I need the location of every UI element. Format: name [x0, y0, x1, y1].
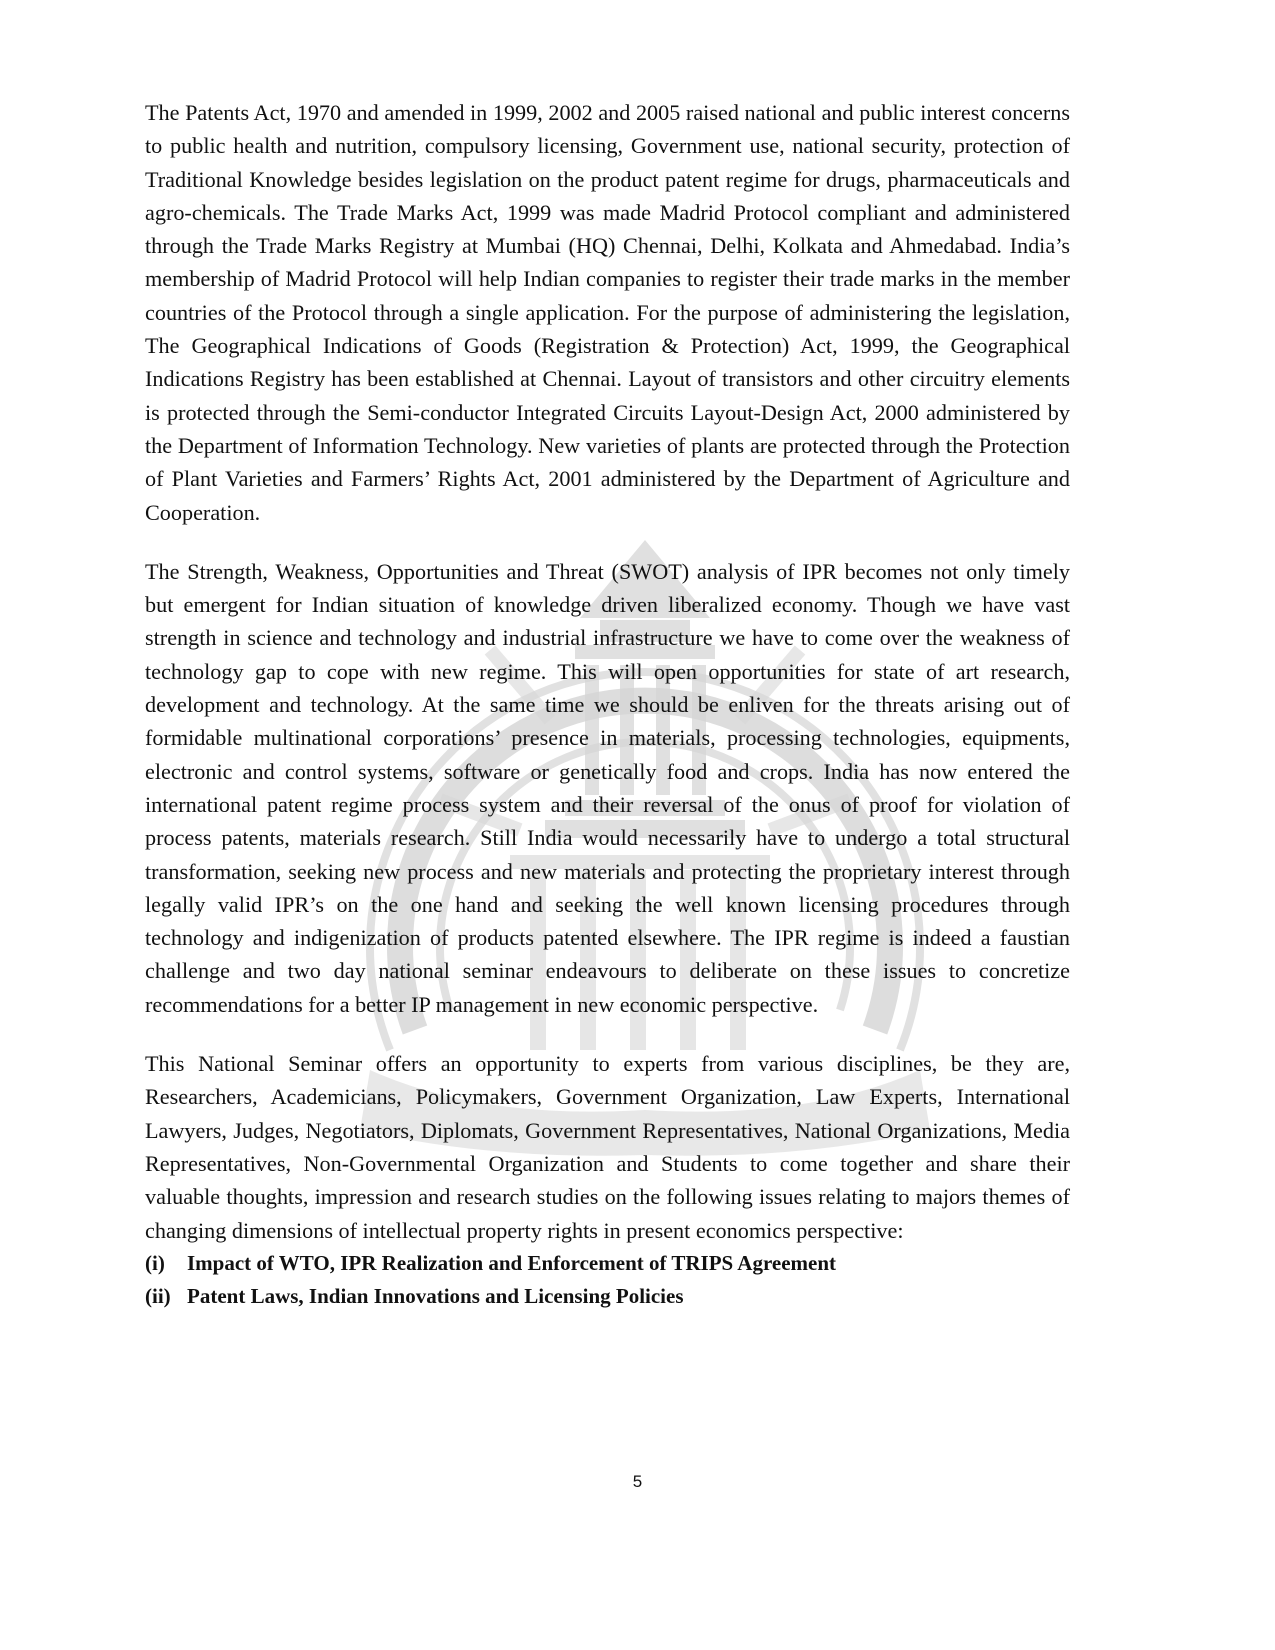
paragraph-seminar-invitation: This National Seminar offers an opportun…: [145, 1047, 1070, 1247]
document-page: The Patents Act, 1970 and amended in 199…: [145, 96, 1070, 1313]
seminar-themes-list: (i) Impact of WTO, IPR Realization and E…: [145, 1247, 1070, 1313]
theme-text: Patent Laws, Indian Innovations and Lice…: [187, 1280, 684, 1313]
theme-item: (i) Impact of WTO, IPR Realization and E…: [145, 1247, 1070, 1280]
theme-text: Impact of WTO, IPR Realization and Enfor…: [187, 1247, 836, 1280]
paragraph-swot-analysis: The Strength, Weakness, Opportunities an…: [145, 555, 1070, 1021]
theme-number: (ii): [145, 1280, 187, 1313]
theme-item: (ii) Patent Laws, Indian Innovations and…: [145, 1280, 1070, 1313]
paragraph-ipr-legislation: The Patents Act, 1970 and amended in 199…: [145, 96, 1070, 529]
page-number: 5: [0, 1472, 1275, 1492]
theme-number: (i): [145, 1247, 187, 1280]
